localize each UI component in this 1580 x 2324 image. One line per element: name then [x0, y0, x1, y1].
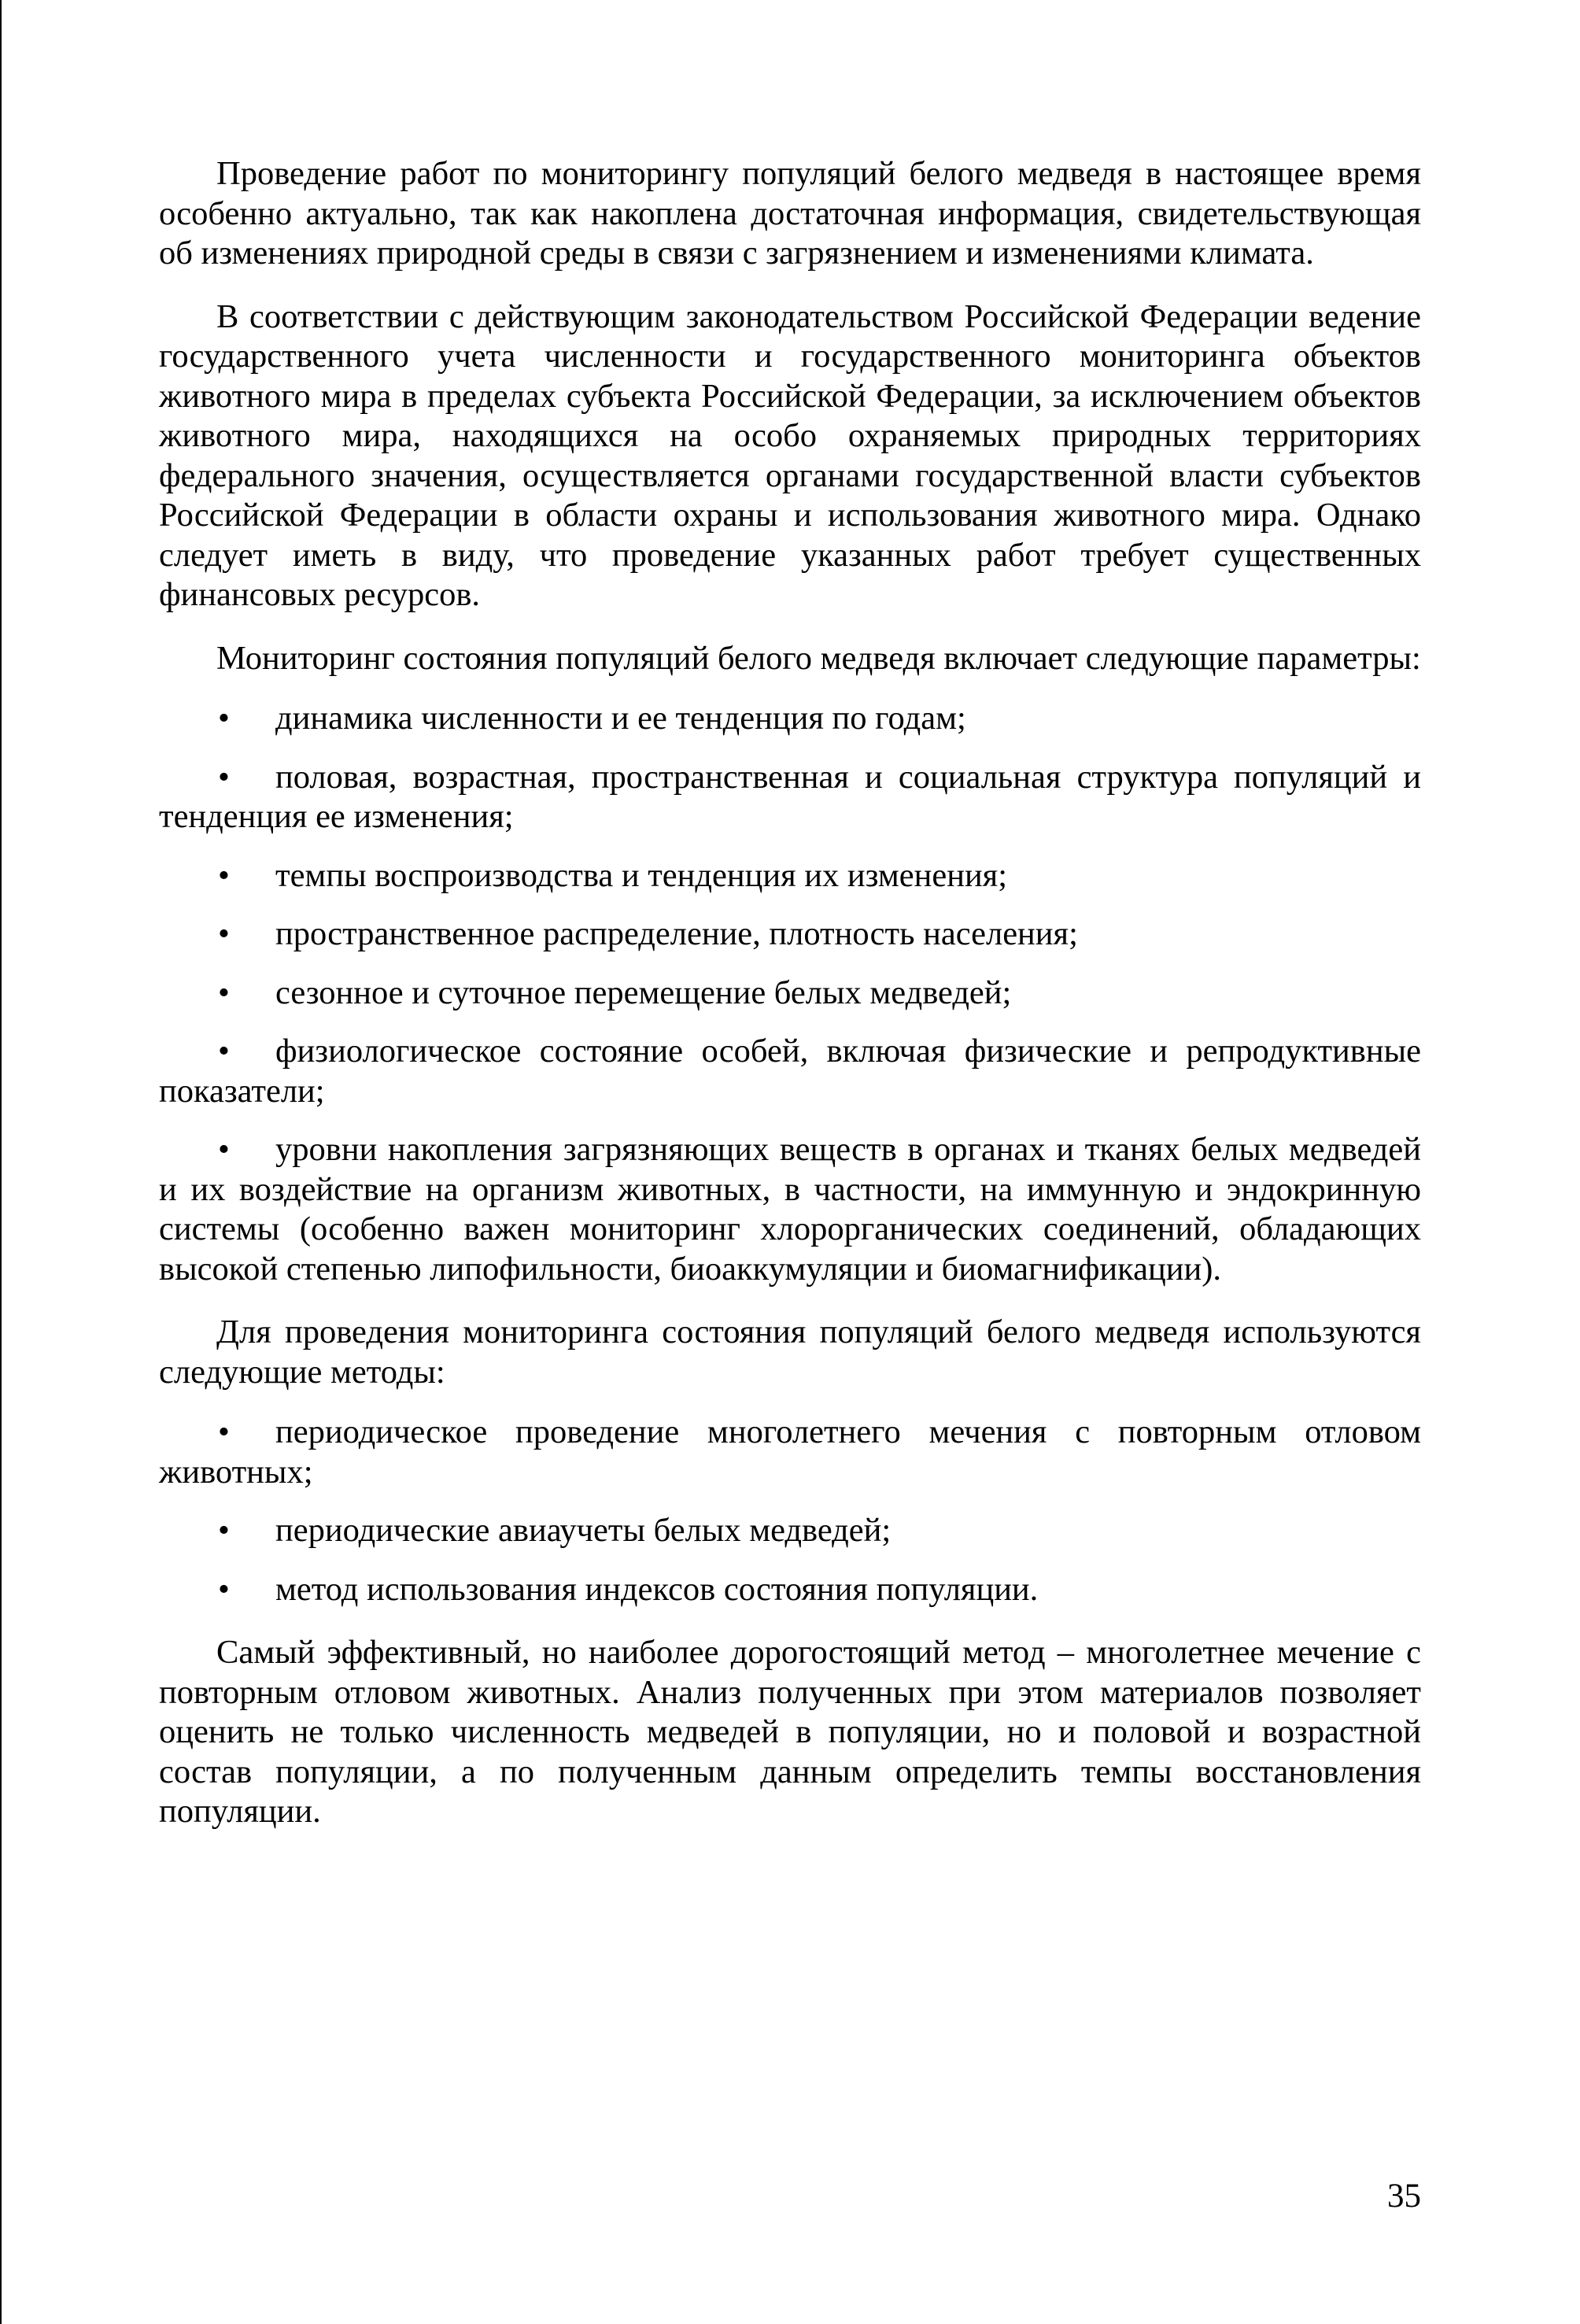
list-item: •периодические авиаучеты белых медведей; [159, 1511, 1421, 1551]
bullet-icon: • [218, 758, 275, 798]
list-item: •темпы воспроизводства и тенденция их из… [159, 856, 1421, 896]
bullet-icon: • [218, 1032, 275, 1072]
bullet-icon: • [218, 856, 275, 896]
page-edge-border [0, 0, 2, 2324]
page-body: Проведение работ по мониторингу популяци… [159, 154, 1421, 1856]
list-item-text: периодические авиаучеты белых медведей; [275, 1512, 891, 1549]
paragraph-legislation: В соответствии с действующим законодател… [159, 297, 1421, 615]
list-item-text: динамика численности и ее тенденция по г… [275, 700, 966, 737]
list-item-text: метод использования индексов состояния п… [275, 1571, 1038, 1608]
list-item-text: пространственное распределение, плотност… [275, 915, 1078, 952]
paragraph-monitoring-relevance: Проведение работ по мониторингу популяци… [159, 154, 1421, 274]
bullet-icon: • [218, 1413, 275, 1453]
list-item-text: половая, возрастная, пространственная и … [159, 759, 1421, 836]
list-item-text: уровни накопления загрязняющих веществ в… [159, 1131, 1421, 1288]
list-item: •метод использования индексов состояния … [159, 1570, 1421, 1610]
list-item-text: периодическое проведение многолетнего ме… [159, 1413, 1421, 1491]
list-item-text: темпы воспроизводства и тенденция их изм… [275, 857, 1007, 894]
list-item-text: физиологическое состояние особей, включа… [159, 1033, 1421, 1110]
list-item-text: сезонное и суточное перемещение белых ме… [275, 974, 1011, 1011]
bullet-icon: • [218, 1511, 275, 1551]
page-number: 35 [1387, 2177, 1421, 2216]
list-item: •уровни накопления загрязняющих веществ … [159, 1130, 1421, 1289]
list-item: •пространственное распределение, плотнос… [159, 914, 1421, 955]
paragraph-most-effective-method: Самый эффективный, но наиболее дорогосто… [159, 1633, 1421, 1832]
paragraph-parameters-intro: Мониторинг состояния популяций белого ме… [159, 639, 1421, 679]
methods-list: •периодическое проведение многолетнего м… [159, 1413, 1421, 1609]
paragraph-methods-intro: Для проведения мониторинга состояния поп… [159, 1313, 1421, 1392]
bullet-icon: • [218, 1130, 275, 1170]
list-item: •физиологическое состояние особей, включ… [159, 1032, 1421, 1111]
parameters-list: •динамика численности и ее тенденция по … [159, 699, 1421, 1289]
bullet-icon: • [218, 914, 275, 955]
bullet-icon: • [218, 974, 275, 1014]
bullet-icon: • [218, 699, 275, 739]
list-item: •динамика численности и ее тенденция по … [159, 699, 1421, 739]
list-item: •сезонное и суточное перемещение белых м… [159, 974, 1421, 1014]
list-item: •периодическое проведение многолетнего м… [159, 1413, 1421, 1492]
bullet-icon: • [218, 1570, 275, 1610]
list-item: •половая, возрастная, пространственная и… [159, 758, 1421, 837]
